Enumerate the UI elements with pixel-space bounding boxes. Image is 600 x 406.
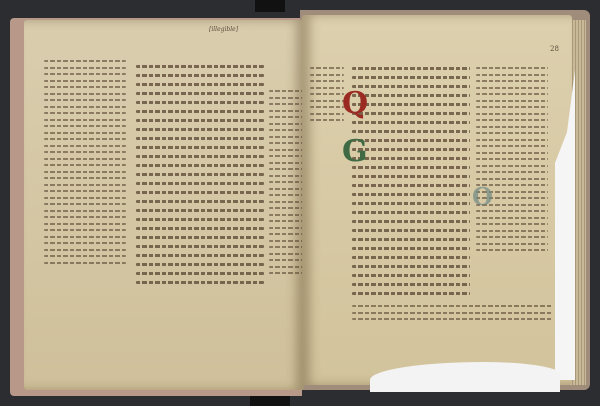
inner-gloss-column	[310, 67, 344, 126]
decorated-initial-o: O	[472, 185, 493, 209]
left-main-column	[136, 65, 264, 290]
left-gloss-column	[44, 60, 126, 268]
decorated-initial-q: Q	[342, 89, 368, 119]
right-main-column	[352, 67, 470, 301]
decorated-initial-g: G	[342, 137, 368, 167]
right-page: 28 Q G O	[302, 15, 572, 385]
left-page: [illegible]	[24, 20, 304, 390]
bottom-note	[352, 305, 552, 325]
outer-gloss-column	[476, 67, 548, 256]
right-gloss-column	[269, 90, 303, 279]
manuscript-codex: [illegible] 28 Q G O	[10, 10, 588, 392]
page-number: 28	[550, 45, 559, 53]
running-header: [illegible]	[209, 26, 238, 33]
